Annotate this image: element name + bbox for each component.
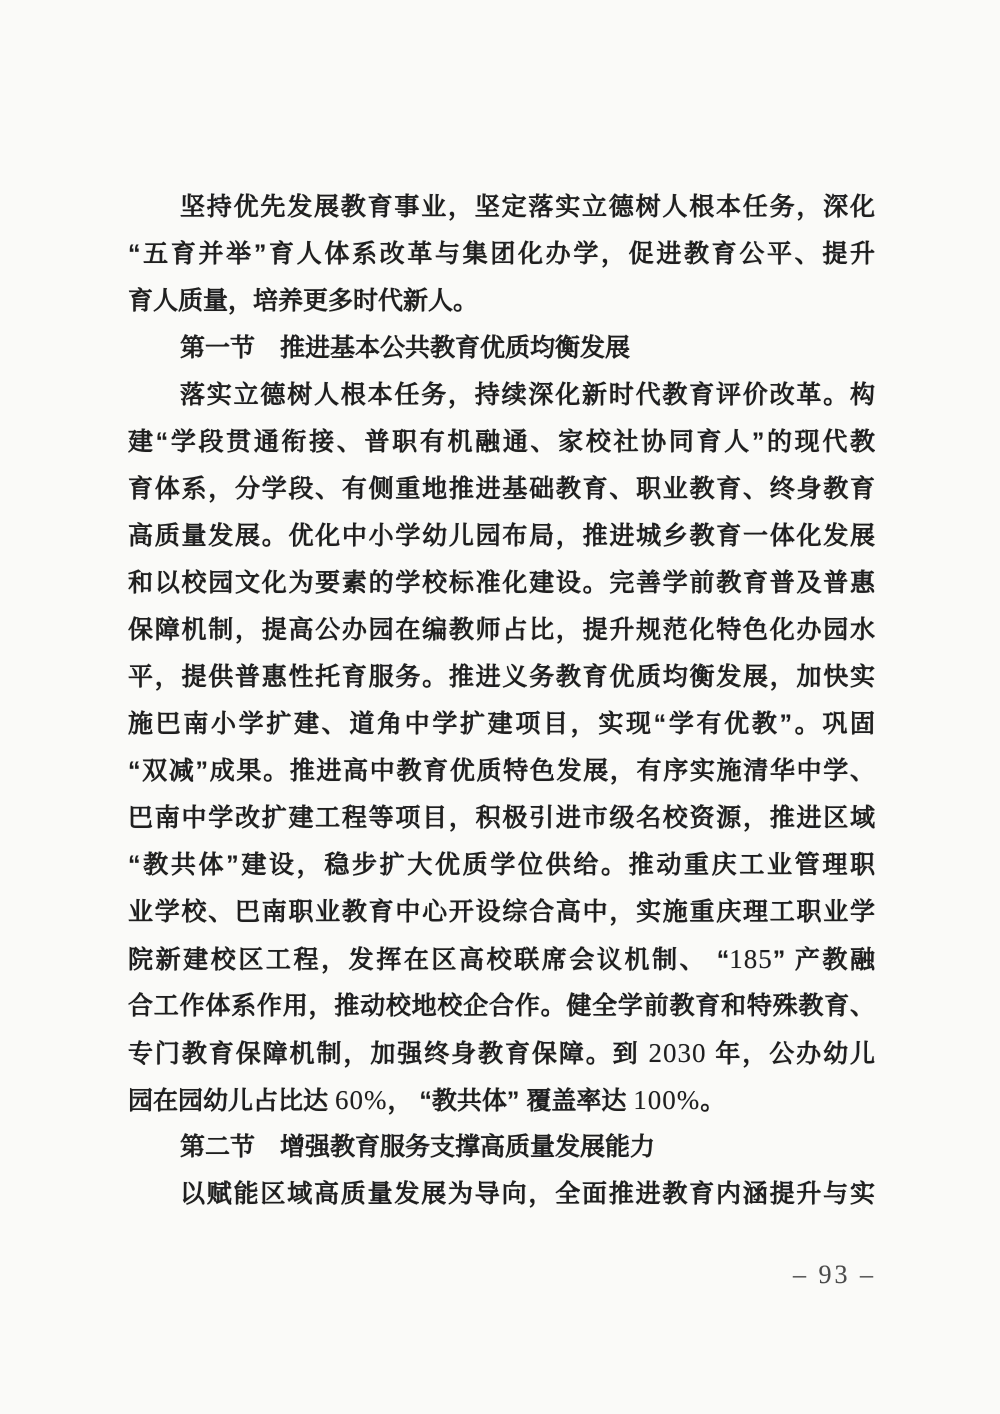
text-line: 以赋能区域高质量发展为导向，全面推进教育内涵提升与实: [128, 1171, 875, 1218]
text-line: 巴南中学改扩建工程等项目，积极引进市级名校资源，推进区域: [128, 795, 875, 842]
numeral: 60%: [335, 1085, 388, 1115]
text-line: 业学校、巴南职业教育中心开设综合高中，实施重庆理工职业学: [128, 889, 875, 936]
section-heading: 第一节 推进基本公共教育优质均衡发展: [128, 325, 875, 372]
text-line: 落实立德树人根本任务，持续深化新时代教育评价改革。构: [128, 372, 875, 419]
text-line: 高质量发展。优化中小学幼儿园布局，推进城乡教育一体化发展: [128, 513, 875, 560]
text-line: “教共体”建设，稳步扩大优质学位供给。推动重庆工业管理职: [128, 842, 875, 889]
text-line: 坚持优先发展教育事业，坚定落实立德树人根本任务，深化: [128, 184, 875, 231]
text-line: 合工作体系作用，推动校地校企合作。健全学前教育和特殊教育、: [128, 983, 875, 1030]
document-body: 坚持优先发展教育事业，坚定落实立德树人根本任务，深化“五育并举”育人体系改革与集…: [128, 184, 875, 1218]
scanned-document-page: 坚持优先发展教育事业，坚定落实立德树人根本任务，深化“五育并举”育人体系改革与集…: [0, 0, 1000, 1414]
text-line: 施巴南小学扩建、道角中学扩建项目，实现“学有优教”。巩固: [128, 701, 875, 748]
text-line: 和以校园文化为要素的学校标准化建设。完善学前教育普及普惠: [128, 560, 875, 607]
section-heading: 第二节 增强教育服务支撑高质量发展能力: [128, 1124, 875, 1171]
text-line: 建“学段贯通衔接、普职有机融通、家校社协同育人”的现代教: [128, 419, 875, 466]
text-line: 专门教育保障机制，加强终身教育保障。到 2030 年，公办幼儿: [128, 1030, 875, 1077]
numeral: 100%: [633, 1085, 700, 1115]
page-number: – 93 –: [793, 1260, 876, 1290]
text-line: 平，提供普惠性托育服务。推进义务教育优质均衡发展，加快实: [128, 654, 875, 701]
text-line: 育体系，分学段、有侧重地推进基础教育、职业教育、终身教育: [128, 466, 875, 513]
text-line: 保障机制，提高公办园在编教师占比，提升规范化特色化办园水: [128, 607, 875, 654]
text-line: 园在园幼儿占比达 60%， “教共体” 覆盖率达 100%。: [128, 1077, 875, 1124]
text-line: 院新建校区工程，发挥在区高校联席会议机制、 “185” 产教融: [128, 936, 875, 983]
text-line: “五育并举”育人体系改革与集团化办学，促进教育公平、提升: [128, 231, 875, 278]
text-line: 育人质量，培养更多时代新人。: [128, 278, 875, 325]
numeral: 2030: [648, 1038, 706, 1068]
text-line: “双减”成果。推进高中教育优质特色发展，有序实施清华中学、: [128, 748, 875, 795]
numeral: 185: [729, 944, 773, 974]
